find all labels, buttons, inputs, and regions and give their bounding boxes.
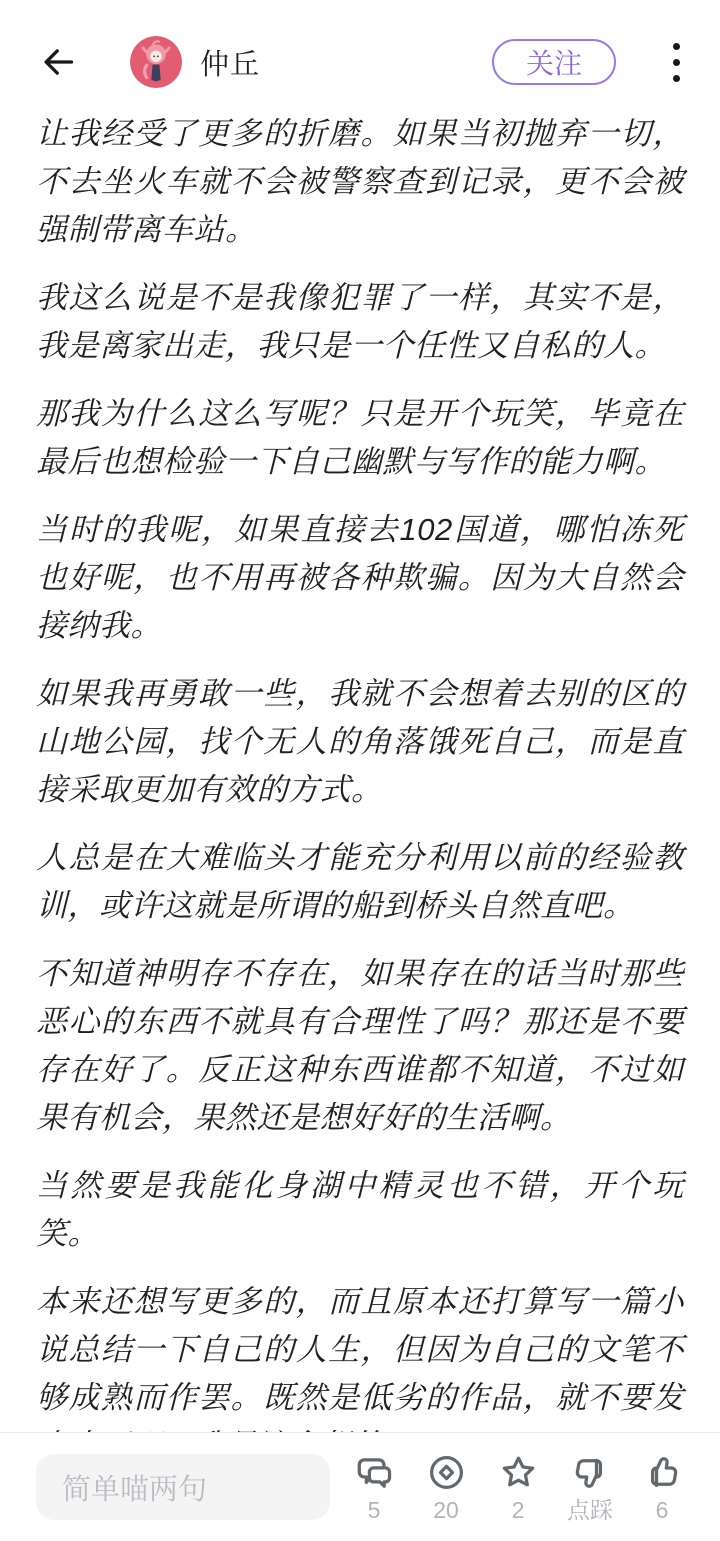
like-count: 6 (656, 1497, 669, 1523)
dislike-label: 点踩 (567, 1497, 613, 1523)
paragraph: 我这么说是不是我像犯罪了一样，其实不是，我是离家出走，我只是一个任性又自私的人。 (36, 274, 684, 370)
dislike-button[interactable]: 点踩 (554, 1452, 626, 1523)
favorite-button[interactable]: 2 (482, 1452, 554, 1523)
comment-icon (354, 1452, 395, 1493)
more-menu-button[interactable] (658, 36, 694, 88)
back-button[interactable] (38, 42, 78, 82)
avatar[interactable] (130, 36, 182, 88)
follow-button[interactable]: 关注 (492, 39, 616, 85)
kebab-dot (673, 43, 680, 50)
action-bar: 5 20 2 点踩 (338, 1452, 698, 1523)
coin-count: 20 (433, 1497, 459, 1523)
username[interactable]: 仲丘 (200, 42, 260, 83)
bottom-bar: 简单喵两句 5 20 2 (0, 1432, 720, 1541)
comment-count: 5 (368, 1497, 381, 1523)
paragraph: 当然要是我能化身湖中精灵也不错，开个玩笑。 (36, 1162, 684, 1258)
thumbs-down-icon (570, 1452, 611, 1493)
paragraph: 如果我再勇敢一些，我就不会想着去别的区的山地公园，找个无人的角落饿死自己，而是直… (36, 670, 684, 814)
avatar-image (130, 36, 182, 88)
paragraph: 不知道神明存不存在，如果存在的话当时那些恶心的东西不就具有合理性了吗？那还是不要… (36, 950, 684, 1142)
follow-button-label: 关注 (526, 42, 582, 82)
paragraph: 人总是在大难临头才能充分利用以前的经验教训，或许这就是所谓的船到桥头自然直吧。 (36, 834, 684, 930)
article-body: 让我经受了更多的折磨。如果当初抛弃一切，不去坐火车就不会被警察查到记录，更不会被… (0, 106, 720, 1490)
paragraph: 那我为什么这么写呢？只是开个玩笑，毕竟在最后也想检验一下自己幽默与写作的能力啊。 (36, 390, 684, 486)
comment-input-placeholder: 简单喵两句 (62, 1467, 207, 1508)
paragraph: 当时的我呢，如果直接去102国道，哪怕冻死也好呢，也不用再被各种欺骗。因为大自然… (36, 506, 684, 650)
like-button[interactable]: 6 (626, 1452, 698, 1523)
top-bar: 仲丘 关注 (0, 0, 720, 106)
coin-icon (426, 1452, 467, 1493)
coin-button[interactable]: 20 (410, 1452, 482, 1523)
favorite-count: 2 (512, 1497, 525, 1523)
comment-input[interactable]: 简单喵两句 (36, 1454, 330, 1520)
thumbs-up-icon (642, 1452, 683, 1493)
back-arrow-icon (39, 43, 77, 81)
kebab-dot (673, 59, 680, 66)
star-icon (498, 1452, 539, 1493)
article-reader-screen: 仲丘 关注 让我经受了更多的折磨。如果当初抛弃一切，不去坐火车就不会被警察查到记… (0, 0, 720, 1541)
kebab-dot (673, 75, 680, 82)
comment-button[interactable]: 5 (338, 1452, 410, 1523)
paragraph: 让我经受了更多的折磨。如果当初抛弃一切，不去坐火车就不会被警察查到记录，更不会被… (36, 110, 684, 254)
